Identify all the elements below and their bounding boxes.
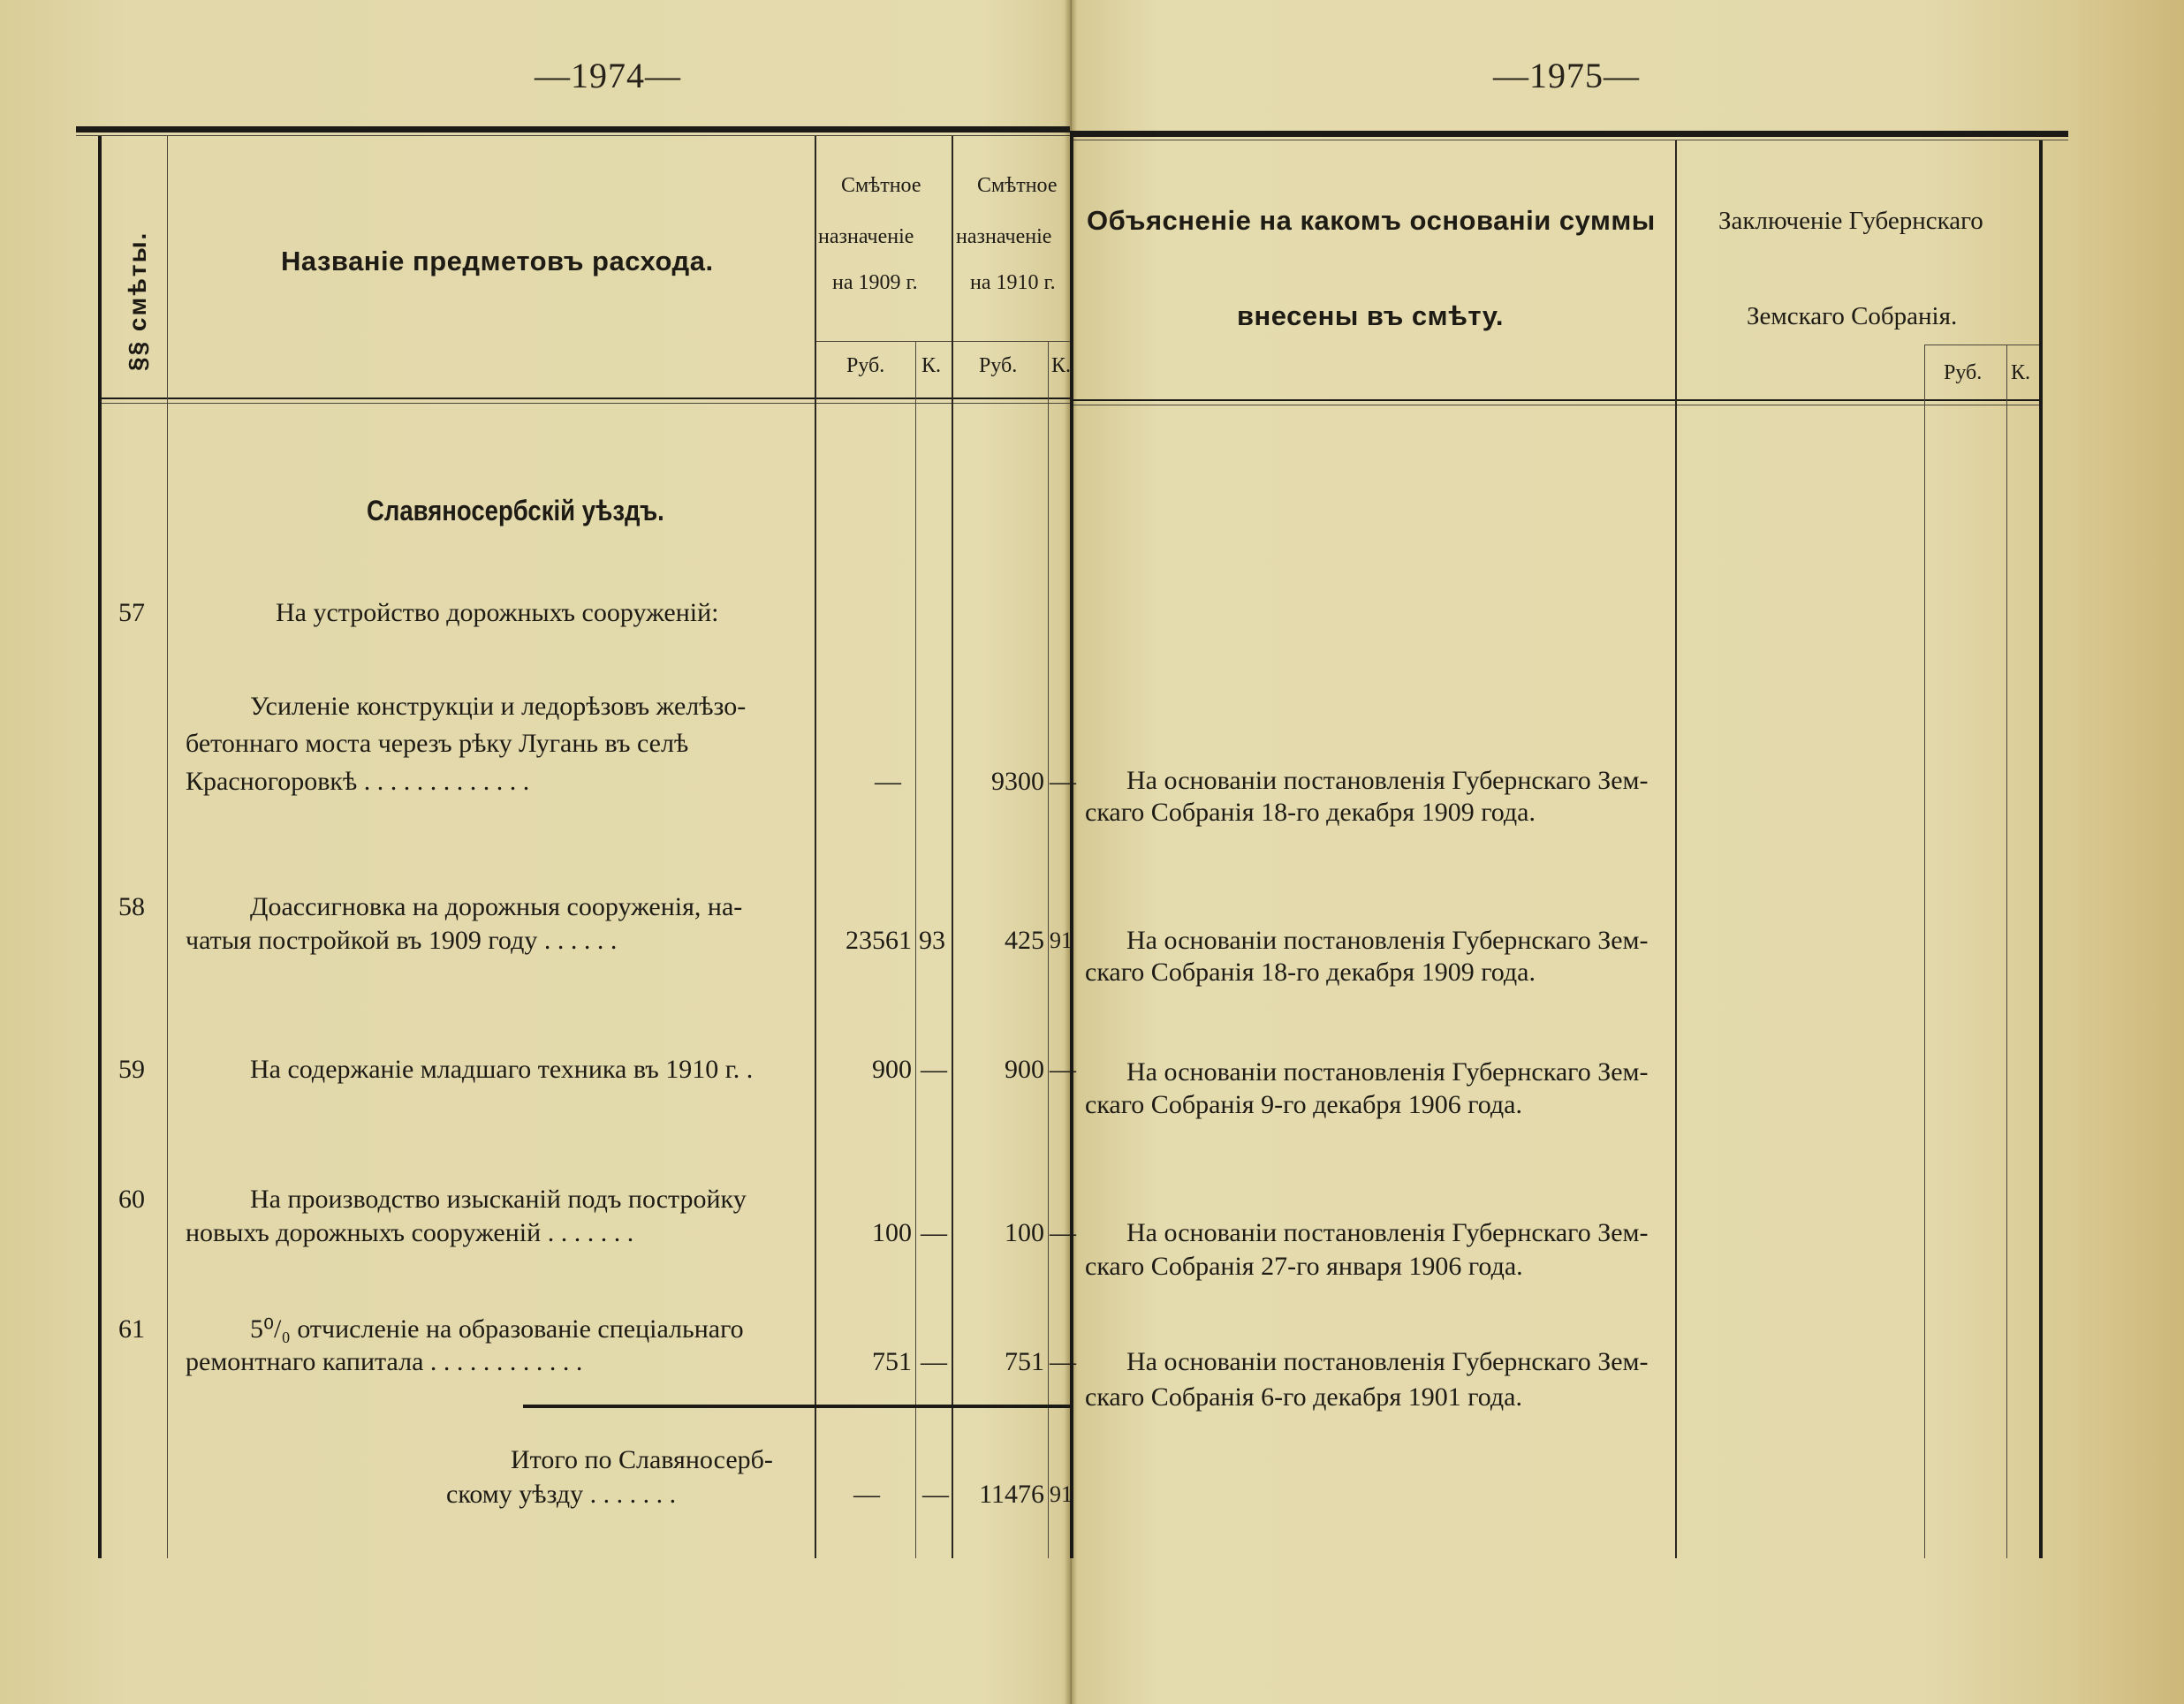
row-number: 59 <box>118 1054 145 1086</box>
explanation-line: На основаніи постановленія Губернскаго З… <box>1126 1056 1649 1088</box>
row-number: 60 <box>118 1184 145 1216</box>
header-explanation-line2: внесены въ смѣту. <box>1237 300 1504 332</box>
explanation-line: скаго Собранія 27-го января 1906 года. <box>1085 1251 1523 1283</box>
amount-kop-1909: — <box>921 1054 947 1086</box>
header-kop-1910: К. <box>1051 350 1071 382</box>
amount-rub-1909: 23561 <box>816 925 912 957</box>
total-label-line: скому уѣзду . . . . . . . <box>446 1479 676 1511</box>
explanation-line: На основаніи постановленія Губернскаго З… <box>1126 925 1649 957</box>
explanation-line: На основаніи постановленія Губернскаго З… <box>1126 1346 1649 1378</box>
amount-rub-1909: 100 <box>830 1217 912 1249</box>
amount-kop-1910: — <box>1050 1346 1076 1378</box>
header-conclusion-rub: Руб. <box>1944 357 1982 389</box>
amount-rub-1910: 425 <box>954 925 1044 957</box>
row-number: 57 <box>118 597 145 629</box>
explanation-line: скаго Собранія 18-го декабря 1909 года. <box>1085 957 1536 988</box>
amount-kop-1909: — <box>921 1217 947 1249</box>
header-rub-1909: Руб. <box>846 350 884 382</box>
amount-kop-1910: 91 <box>1050 925 1073 957</box>
header-kop-1909: К. <box>921 350 941 382</box>
amount-kop-1909: — <box>921 1346 947 1378</box>
explanation-line: скаго Собранія 6-го декабря 1901 года. <box>1085 1382 1522 1413</box>
row-subitem-line: Усиленіе конструкціи и ледорѣзовъ желѣзо… <box>250 691 746 723</box>
section-title-district: Славяносербскій уѣздъ. <box>367 495 664 526</box>
amount-rub-1910: 751 <box>954 1346 1044 1378</box>
amount-kop-1910: — <box>1050 1217 1076 1249</box>
row-title: чатыя постройкой въ 1909 году . . . . . … <box>186 925 617 957</box>
header-conclusion-kop: К. <box>2011 357 2030 389</box>
row-subitem-line: Красногоровкѣ . . . . . . . . . . . . . <box>186 766 529 798</box>
total-rub-1909: — <box>853 1479 880 1511</box>
explanation-line: На основаніи постановленія Губернскаго З… <box>1126 1217 1649 1249</box>
explanation-line: скаго Собранія 18-го декабря 1909 года. <box>1085 797 1536 829</box>
header-expense-name: Названіе предметовъ расхода. <box>281 246 714 277</box>
row-subitem-line: бетоннаго моста черезъ рѣку Лугань въ се… <box>186 728 688 760</box>
amount-rub-1909: 751 <box>830 1346 912 1378</box>
amount-kop-1909: 93 <box>919 925 945 957</box>
amount-rub-1909: 900 <box>830 1054 912 1086</box>
explanation-line: скаго Собранія 9-го декабря 1906 года. <box>1085 1089 1522 1121</box>
total-kop-1910: 91 <box>1050 1479 1073 1511</box>
row-title: На производство изысканій подъ постройку <box>250 1184 747 1216</box>
total-rub-1910: 11476 <box>954 1479 1044 1511</box>
amount-rub-1910: 100 <box>954 1217 1044 1249</box>
row-title: На устройство дорожныхъ сооруженій: <box>276 597 719 629</box>
total-kop-1909: — <box>922 1479 949 1511</box>
header-conclusion-line1: Заключеніе Губернскаго <box>1718 205 1983 237</box>
amount-rub-1910: 900 <box>954 1054 1044 1086</box>
explanation-line: На основаніи постановленія Губернскаго З… <box>1126 765 1649 797</box>
amount-rub-1909: — <box>830 766 901 798</box>
row-title: Доассигновка на дорожныя сооруженія, на- <box>250 891 742 923</box>
total-label-line: Итого по Славяносерб- <box>511 1444 773 1476</box>
row-number: 58 <box>118 891 145 923</box>
row-title: На содержаніе младшаго техника въ 1910 г… <box>250 1054 753 1086</box>
amount-kop-1910: — <box>1050 1054 1076 1086</box>
row-title: 5⁰/₀ отчисленіе на образованіе спеціальн… <box>250 1314 744 1345</box>
amount-kop-1910: — <box>1050 766 1076 798</box>
header-number-column: §§ смѣты. <box>124 231 152 371</box>
header-conclusion-line2: Земскаго Собранія. <box>1747 300 1957 332</box>
page-number-left: —1974— <box>535 55 681 96</box>
header-explanation-line1: Объясненіе на какомъ основаніи суммы <box>1087 205 1656 237</box>
page-number-right: —1975— <box>1493 55 1640 96</box>
amount-rub-1910: 9300 <box>954 766 1044 798</box>
row-title: новыхъ дорожныхъ сооруженій . . . . . . … <box>186 1217 633 1249</box>
row-title: ремонтнаго капитала . . . . . . . . . . … <box>186 1346 582 1378</box>
row-number: 61 <box>118 1314 145 1345</box>
header-rub-1910: Руб. <box>979 350 1017 382</box>
